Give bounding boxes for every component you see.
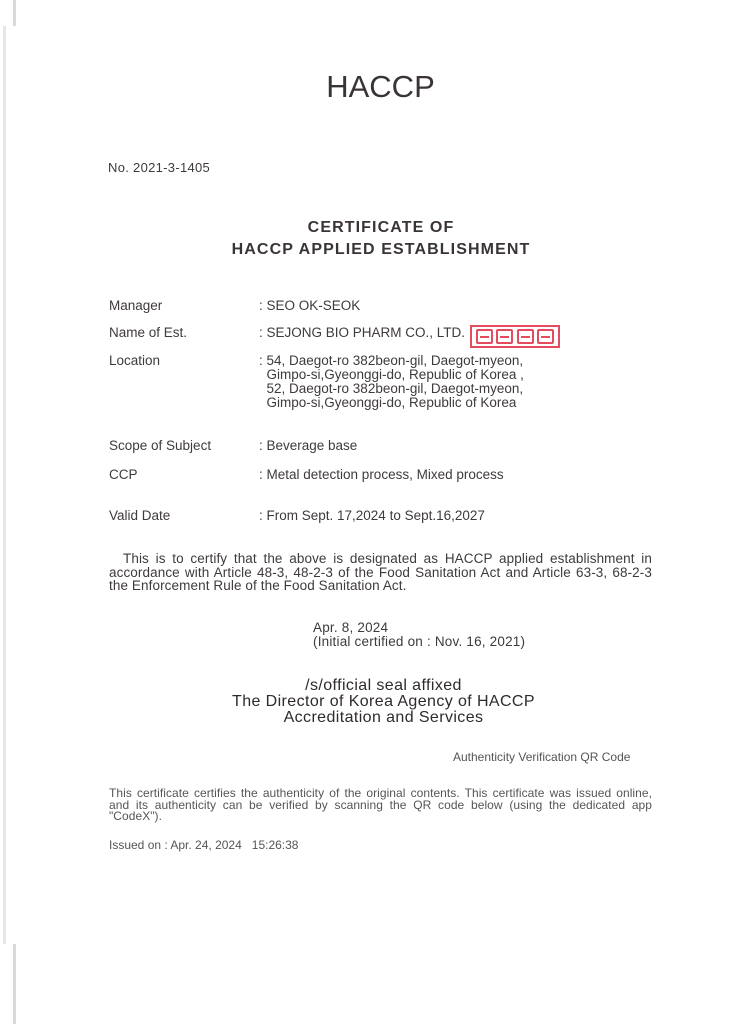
scan-edge-line: [13, 0, 16, 26]
seal-line-2: The Director of Korea Agency of HACCP: [0, 694, 739, 710]
scan-edge-line: [3, 26, 6, 944]
seal-line-1: /s/official seal affixed: [0, 678, 739, 694]
certificate-heading-line1: CERTIFICATE OF: [0, 217, 739, 239]
certificate-heading-line2: HACCP APPLIED ESTABLISHMENT: [0, 239, 739, 261]
name-of-est-value: : SEJONG BIO PHARM CO., LTD.: [259, 325, 465, 340]
issued-on-timestamp: Issued on : Apr. 24, 2024 15:26:38: [109, 838, 298, 852]
document-title: HACCP: [0, 69, 739, 105]
seal-glyph: [537, 329, 554, 344]
name-of-est-label: Name of Est.: [109, 325, 187, 340]
manager-value: : SEO OK-SEOK: [259, 298, 360, 313]
scope-value: : Beverage base: [259, 438, 357, 453]
certification-statement-text: This is to certify that the above is des…: [109, 551, 652, 593]
initial-certified-date: (Initial certified on : Nov. 16, 2021): [313, 635, 525, 649]
seal-glyph: [476, 329, 493, 344]
scope-label: Scope of Subject: [109, 438, 211, 453]
seal-line-3: Accreditation and Services: [0, 710, 739, 726]
location-value: : 54, Daegot-ro 382beon-gil, Daegot-myeo…: [259, 354, 524, 410]
company-seal-stamp: [470, 325, 560, 348]
location-label: Location: [109, 353, 160, 368]
seal-glyph: [517, 329, 534, 344]
certification-statement: This is to certify that the above is des…: [109, 552, 652, 593]
certification-date: Apr. 8, 2024: [313, 621, 525, 635]
certificate-number: No. 2021-3-1405: [108, 160, 210, 175]
official-seal-block: /s/official seal affixed The Director of…: [0, 678, 739, 726]
certificate-heading: CERTIFICATE OF HACCP APPLIED ESTABLISHME…: [0, 217, 739, 261]
seal-glyph: [496, 329, 513, 344]
valid-date-value: : From Sept. 17,2024 to Sept.16,2027: [259, 508, 485, 523]
valid-date-label: Valid Date: [109, 508, 170, 523]
ccp-value: : Metal detection process, Mixed process: [259, 467, 504, 482]
manager-label: Manager: [109, 298, 162, 313]
certification-date-block: Apr. 8, 2024 (Initial certified on : Nov…: [313, 621, 525, 649]
ccp-label: CCP: [109, 467, 138, 482]
authenticity-notice: This certificate certifies the authentic…: [109, 788, 652, 823]
qr-code-label: Authenticity Verification QR Code: [453, 750, 630, 764]
scan-edge-line: [13, 944, 16, 1024]
